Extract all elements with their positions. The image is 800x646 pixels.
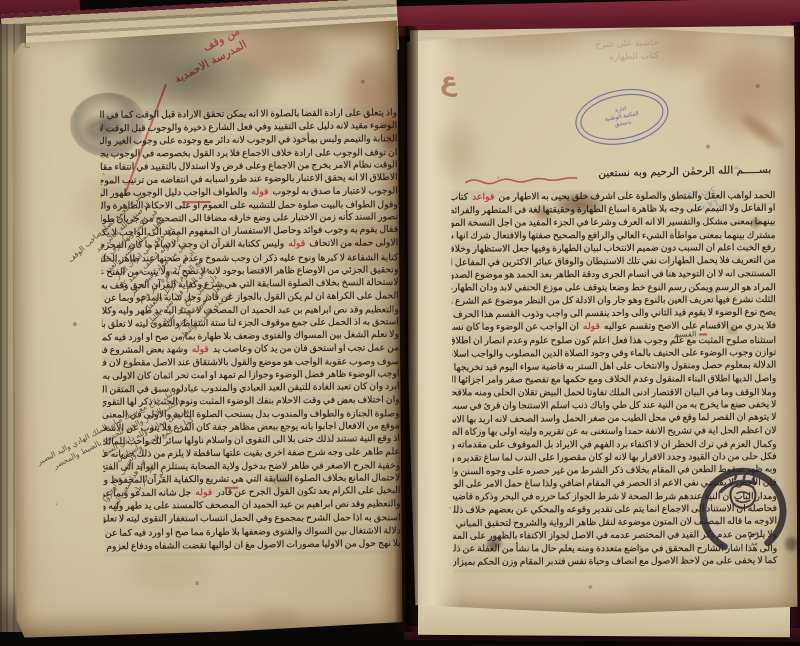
stain: [614, 575, 704, 609]
stamp-text: المكتبة الوطنية: [605, 110, 640, 123]
stain: [749, 217, 761, 229]
stain: [331, 212, 404, 278]
left-page: من وقف المدرسة الاحمدية ح واذ يتعلق على …: [11, 20, 402, 637]
interlinear-word: القسيم: [674, 330, 696, 339]
stain: [121, 542, 216, 598]
stamp-text: مد: [750, 539, 758, 547]
red-keyword: قواعد: [470, 192, 496, 203]
text-line: المستنجى انه لا ان التوحيد هنا في انسام …: [452, 267, 776, 282]
text-line: الدلالة بمعلوم حصل ومنقول والانتخاب على …: [452, 358, 776, 374]
stain: [783, 535, 799, 553]
stain: [110, 362, 155, 396]
stain: [69, 167, 155, 243]
stain: [216, 27, 337, 86]
red-underline-mark: [224, 487, 238, 489]
manuscript-photo: من وقف المدرسة الاحمدية ح واذ يتعلق على …: [0, 0, 800, 646]
red-keyword: قوله: [286, 239, 307, 250]
red-keyword: قوله: [581, 321, 602, 332]
text-line: مشترك بينهما بمعنى مواطأة الشيء العالي و…: [452, 229, 776, 242]
text-line: وكمال العزم في ترك الحظر ان لا اكتفاء بر…: [453, 438, 777, 451]
right-page: حاشية على شرح كتاب الطهارة ادارة المكتبة…: [406, 25, 797, 617]
text-line: استحق به اذا حمل الشرح بمجموع وفي الحمل …: [104, 512, 401, 526]
red-keyword: قوله: [193, 487, 214, 498]
text-line: استثناه صلوح المثبت مع علم وجوب هذا فعل …: [452, 334, 776, 347]
red-underline-mark: [182, 201, 211, 203]
text-line: ان توقف الوجوب على ارادة خلاف الاجماع فل…: [100, 146, 397, 160]
stain: [246, 604, 306, 631]
red-overline-mark: [463, 176, 583, 187]
stain: [638, 27, 723, 75]
text-line: لان اعظم الحل اية في تشريح الانفة حمدا و…: [453, 424, 777, 439]
text-line: المراد هو الرسم ويمكن رسم النوع خط وضعا …: [452, 281, 776, 294]
stain: [533, 206, 553, 220]
red-keyword: قوله: [249, 187, 270, 198]
stain: [553, 192, 605, 216]
library-oval-stamp: ادارة المكتبة الوطنية بدمشق: [571, 82, 673, 152]
text-line: بينهما بمعنى مشكل والتفسير الا انه العرف…: [451, 215, 775, 230]
stain: [433, 119, 481, 183]
basmala-heading: بســـــم الله الرحمٰن الرحيم وبه نستعين: [605, 164, 771, 180]
stamp-text: صح: [747, 528, 759, 537]
text-line: لا يتوهم ان القصر لما وقع في محل الطيب م…: [452, 410, 776, 426]
stain: [726, 325, 739, 335]
stain: [485, 537, 503, 551]
gutter-shadow: [394, 26, 418, 632]
red-keyword: قوله: [190, 344, 211, 355]
stamp-text: ادارة: [615, 106, 627, 115]
interlinear-note: القسيم: [674, 329, 707, 338]
text-line: وملا الوقف وما في البيان الاقتصار ادنى ا…: [452, 386, 776, 399]
crescent-stamp: صح مد: [691, 457, 796, 570]
stamp-text: بدمشق: [614, 119, 632, 129]
